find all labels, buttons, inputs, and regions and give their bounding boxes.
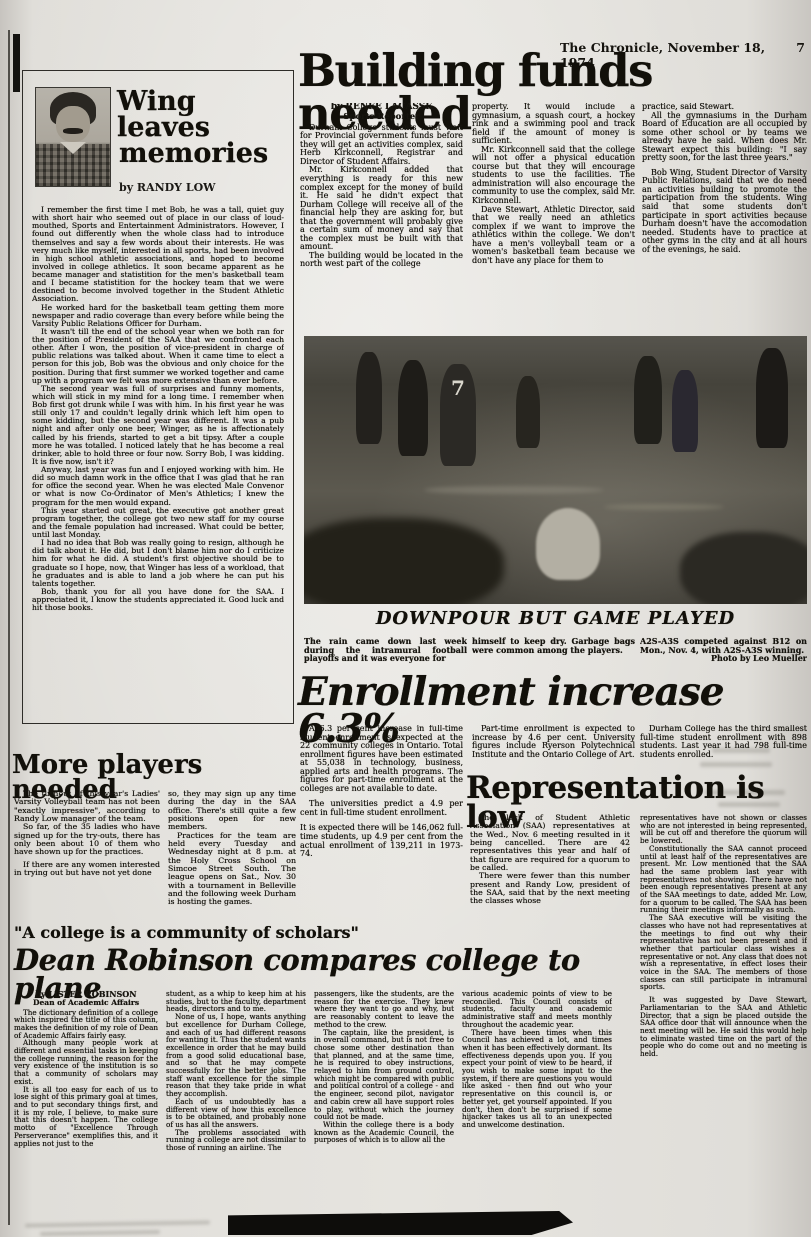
puddle-reflection: [424, 486, 604, 494]
scan-left-bar: [13, 34, 20, 92]
player-silhouette: [398, 360, 428, 456]
representation-col-1: The lack of Student Athletic Association…: [470, 814, 630, 926]
muddy-ground-blob: [304, 518, 504, 604]
player-silhouette: [634, 356, 662, 444]
wing-article-box: Wing leaves memories by RANDY LOW I reme…: [22, 70, 294, 724]
jersey-number: 7: [451, 376, 465, 400]
wing-body: I remember the first time I met Bob, he …: [32, 206, 284, 702]
enrollment-col-2: Part-time enrollment is expected to incr…: [472, 725, 635, 775]
dean-byline2: Dean of Academic Affairs: [14, 999, 158, 1007]
muddy-ground-blob: [680, 532, 807, 604]
crouching-figure-light: [536, 508, 600, 580]
wing-title-line2: memories: [119, 141, 268, 167]
dean-col-2: student, as a whip to keep him at his st…: [166, 990, 306, 1237]
player-silhouette: [672, 370, 698, 452]
photo-intramural-football: 7: [304, 336, 807, 604]
dean-col-3: passengers, like the students, are the r…: [314, 990, 454, 1237]
scan-left-rule: [8, 30, 10, 1225]
building-byline2: Sports Reporter: [300, 113, 463, 122]
dean-kicker: "A college is a community of scholars": [14, 925, 434, 940]
representation-col-2: representatives have not shown or classe…: [640, 814, 807, 1226]
player-silhouette: [356, 352, 382, 444]
wing-portrait-photo: [35, 87, 111, 187]
dean-col-1: by LISTER ROBINSON Dean of Academic Affa…: [14, 990, 158, 1237]
player-silhouette: [756, 348, 788, 448]
caption-heading: DOWNPOUR BUT GAME PLAYED: [304, 610, 807, 627]
enrollment-col-1: A 6.3 per cent increase in full-time stu…: [300, 725, 463, 917]
photo-credit: Photo by Leo Mueller: [640, 654, 807, 663]
player-silhouette: [516, 376, 540, 448]
newspaper-page: { "page": { "masthead": "The Chronicle, …: [0, 0, 811, 1237]
players-col-1: The turnout of this year's Ladies' Varsi…: [14, 790, 160, 926]
building-col-3: practice, said Stewart. All the gymnasiu…: [642, 103, 807, 333]
building-col-2: property. It would include a gymnasium, …: [472, 103, 635, 333]
dean-col-4: various academic points of view to be re…: [462, 990, 612, 1237]
portrait-mustache: [63, 128, 83, 134]
wing-byline: by RANDY LOW: [119, 181, 216, 194]
players-col-2: so, they may sign up any time during the…: [168, 790, 296, 930]
enrollment-col-3: Durham College has the third smallest fu…: [640, 725, 807, 767]
player-jersey-7: 7: [440, 364, 476, 466]
puddle-reflection: [604, 504, 724, 510]
building-col-1: by RENEE LACASSE Sports Reporter Durham …: [300, 103, 463, 333]
portrait-face: [56, 106, 90, 142]
wing-title-line1: Wing leaves: [117, 89, 293, 140]
